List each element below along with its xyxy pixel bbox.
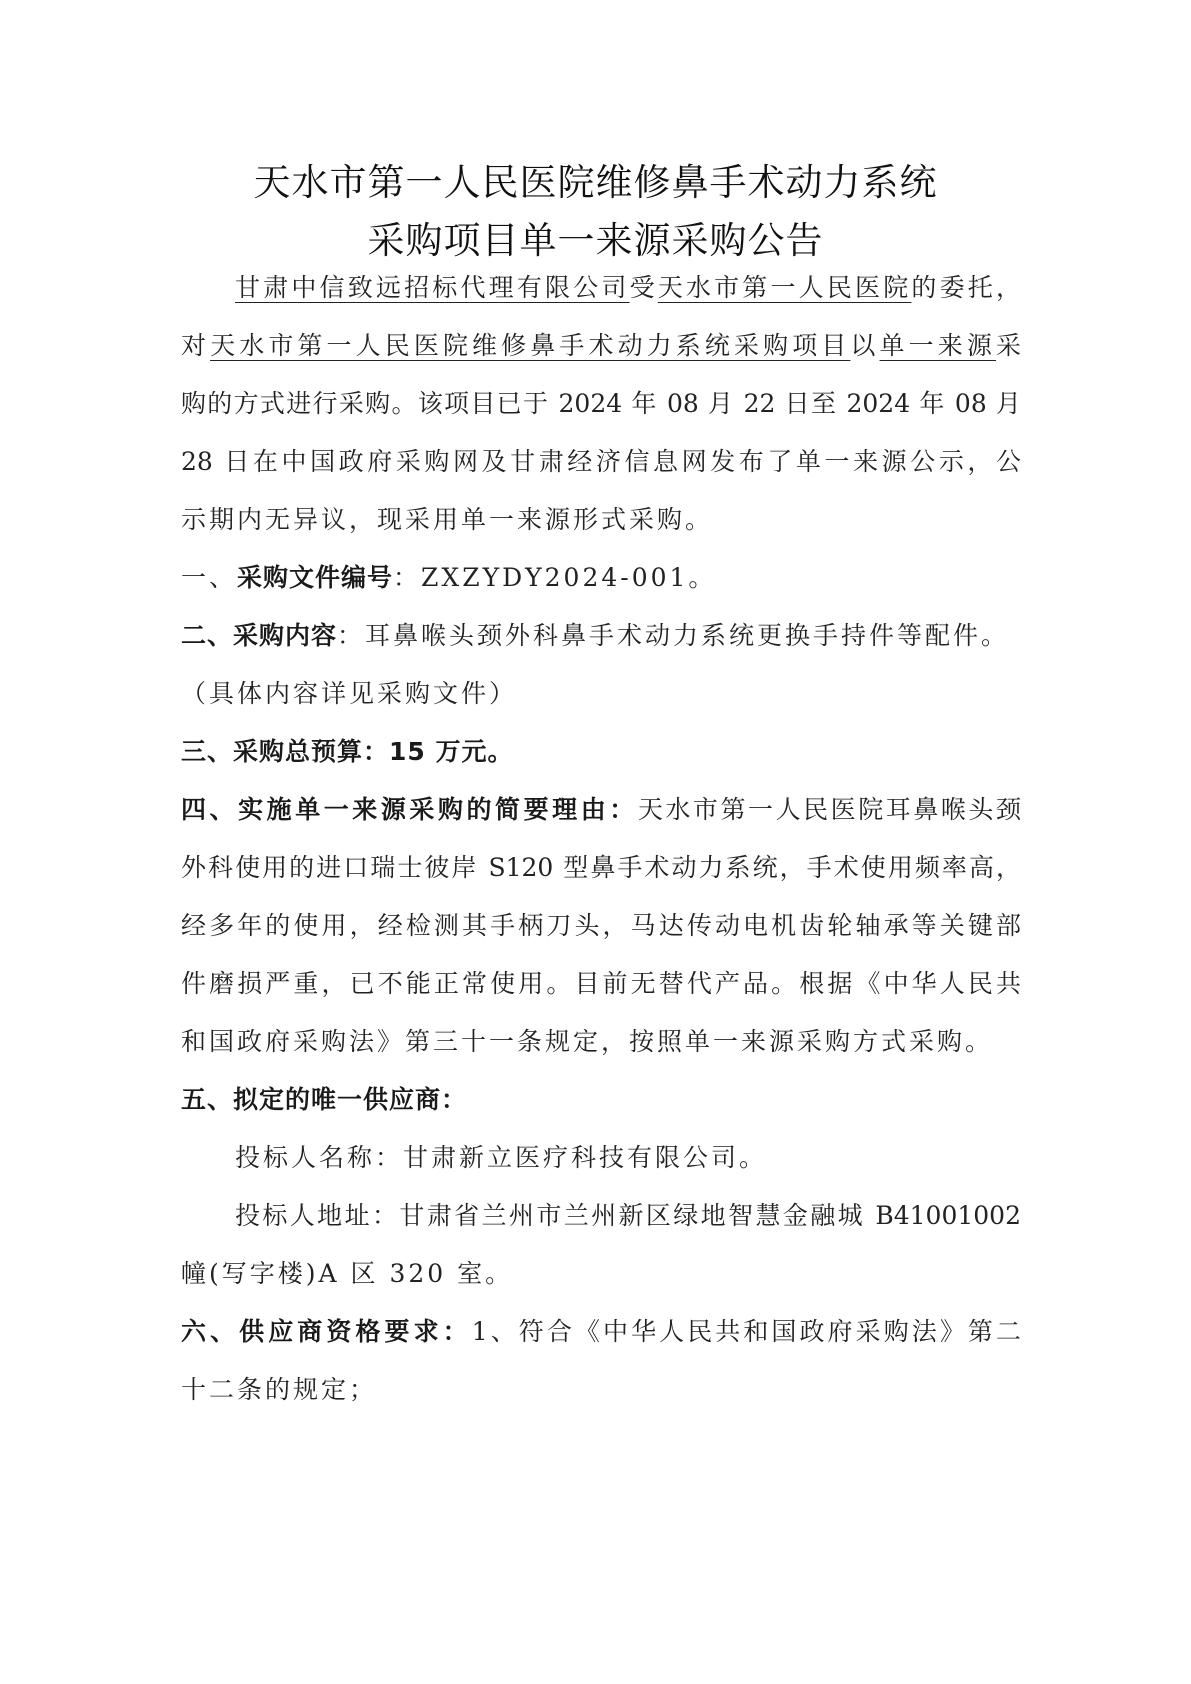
section-2-note: （具体内容详见采购文件） xyxy=(181,674,1021,714)
section-5-supplier: 五、拟定的唯一供应商： xyxy=(181,1080,1021,1120)
supplier-address-line-1: 投标人地址：甘肃省兰州市兰州新区绿地智慧金融城 B41001002 xyxy=(181,1196,1021,1236)
file-number-value: ZXZYDY2024-001。 xyxy=(421,563,716,592)
content-value: 耳鼻喉头颈外科鼻手术动力系统更换手持件等配件。 xyxy=(365,621,1009,650)
section-6-heading: 供应商资格要求： xyxy=(239,1317,472,1346)
section-2-content: 二、采购内容：耳鼻喉头颈外科鼻手术动力系统更换手持件等配件。 xyxy=(181,616,1021,656)
supplier-address-line-2: 幢(写字楼)A 区 320 室。 xyxy=(181,1254,1021,1294)
section-4-reason-line-5: 和国政府采购法》第三十一条规定，按照单一来源采购方式采购。 xyxy=(181,1022,1021,1062)
section-1-heading: 采购文件编号 xyxy=(237,563,393,592)
document-title-line-2: 采购项目单一来源采购公告 xyxy=(0,210,1191,264)
intro-line-5: 示期内无异议，现采用单一来源形式采购。 xyxy=(181,500,1021,540)
section-4-reason-line-1: 四、实施单一来源采购的简要理由：天水市第一人民医院耳鼻喉头颈 xyxy=(181,790,1021,830)
section-3-budget: 三、采购总预算：15 万元。 xyxy=(181,732,1021,772)
intro-line-1: 甘肃中信致远招标代理有限公司受天水市第一人民医院的委托， xyxy=(181,268,1021,308)
budget-value: 采购总预算：15 万元。 xyxy=(233,737,514,766)
intro-line-4: 28 日在中国政府采购网及甘肃经济信息网发布了单一来源公示，公 xyxy=(181,442,1021,482)
section-6-qualifications-line-2: 十二条的规定； xyxy=(181,1370,1021,1410)
document-title-line-1: 天水市第一人民医院维修鼻手术动力系统 xyxy=(0,152,1191,206)
client-name: 天水市第一人民医院 xyxy=(658,273,912,302)
supplier-name: 投标人名称：甘肃新立医疗科技有限公司。 xyxy=(181,1138,1021,1178)
section-4-reason-line-2: 外科使用的进口瑞士彼岸 S120 型鼻手术动力系统，手术使用频率高， xyxy=(181,848,1021,888)
section-2-heading: 采购内容 xyxy=(233,621,337,650)
agency-name: 甘肃中信致远招标代理有限公司 xyxy=(235,273,630,302)
project-name: 天水市第一人民医院维修鼻手术动力系统采购项目 xyxy=(210,331,850,360)
section-6-qualifications-line-1: 六、供应商资格要求：1、符合《中华人民共和国政府采购法》第二 xyxy=(181,1312,1021,1352)
section-1-file-number: 一、采购文件编号：ZXZYDY2024-001。 xyxy=(181,558,1021,598)
section-4-reason-line-3: 经多年的使用，经检测其手柄刀头，马达传动电机齿轮轴承等关键部 xyxy=(181,906,1021,946)
intro-line-2: 对天水市第一人民医院维修鼻手术动力系统采购项目以单一来源采 xyxy=(181,326,1021,366)
section-5-heading: 拟定的唯一供应商： xyxy=(233,1085,467,1114)
procurement-method: 单一来源 xyxy=(880,331,996,360)
document-page: 天水市第一人民医院维修鼻手术动力系统 采购项目单一来源采购公告 甘肃中信致远招标… xyxy=(0,0,1191,1684)
section-4-reason-line-4: 件磨损严重，已不能正常使用。目前无替代产品。根据《中华人民共 xyxy=(181,964,1021,1004)
section-4-heading: 实施单一来源采购的简要理由： xyxy=(238,795,638,824)
intro-line-3: 购的方式进行采购。该项目已于 2024 年 08 月 22 日至 2024 年 … xyxy=(181,384,1021,424)
